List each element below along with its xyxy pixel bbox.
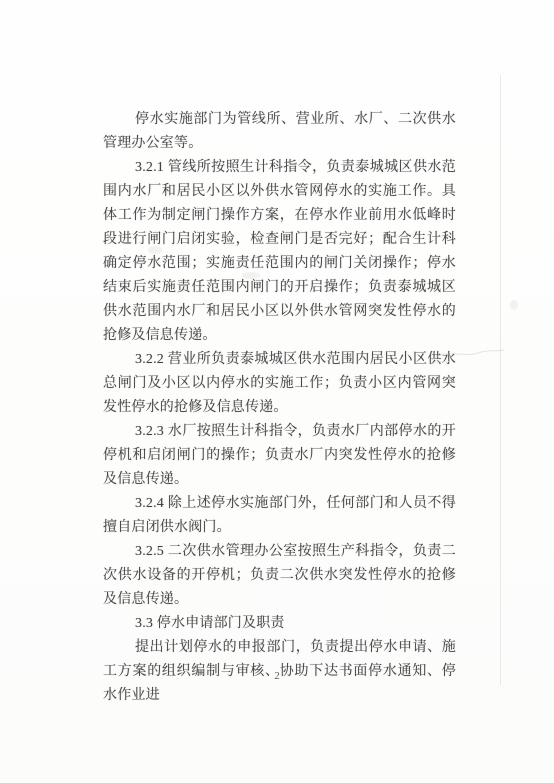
scan-artifact-pencil-mark bbox=[430, 338, 506, 372]
scan-smudge bbox=[242, 272, 260, 279]
scan-artifact-paper-edge-line bbox=[500, 75, 501, 685]
paragraph-6: 3.2.5 二次供水管理办公室按照生产科指令，负责二次供水设备的开停机；负责二次… bbox=[103, 540, 456, 612]
scan-smudge bbox=[510, 300, 518, 310]
paragraph-7: 3.3 停水申请部门及职责 bbox=[103, 612, 456, 636]
document-page: 停水实施部门为管线所、营业所、水厂、二次供水管理办公室等。3.2.1 管线所按照… bbox=[0, 0, 554, 783]
scanned-document: { "document": { "language": "zh-CN", "pa… bbox=[0, 0, 554, 783]
page-number: 2 bbox=[0, 669, 554, 683]
paragraph-3: 3.2.2 营业所负责泰城城区供水范围内居民小区供水总闸门及小区以内停水的实施工… bbox=[103, 348, 456, 420]
scan-smudge bbox=[148, 246, 162, 254]
paragraph-4: 3.2.3 水厂按照生计科指令，负责水厂内部停水的开停机和启闭闸门的操作；负责水… bbox=[103, 420, 456, 492]
paragraph-1: 停水实施部门为管线所、营业所、水厂、二次供水管理办公室等。 bbox=[103, 108, 456, 156]
paragraph-5: 3.2.4 除上述停水实施部门外，任何部门和人员不得擅自启闭供水阀门。 bbox=[103, 492, 456, 540]
document-text-block: 停水实施部门为管线所、营业所、水厂、二次供水管理办公室等。3.2.1 管线所按照… bbox=[103, 108, 456, 708]
